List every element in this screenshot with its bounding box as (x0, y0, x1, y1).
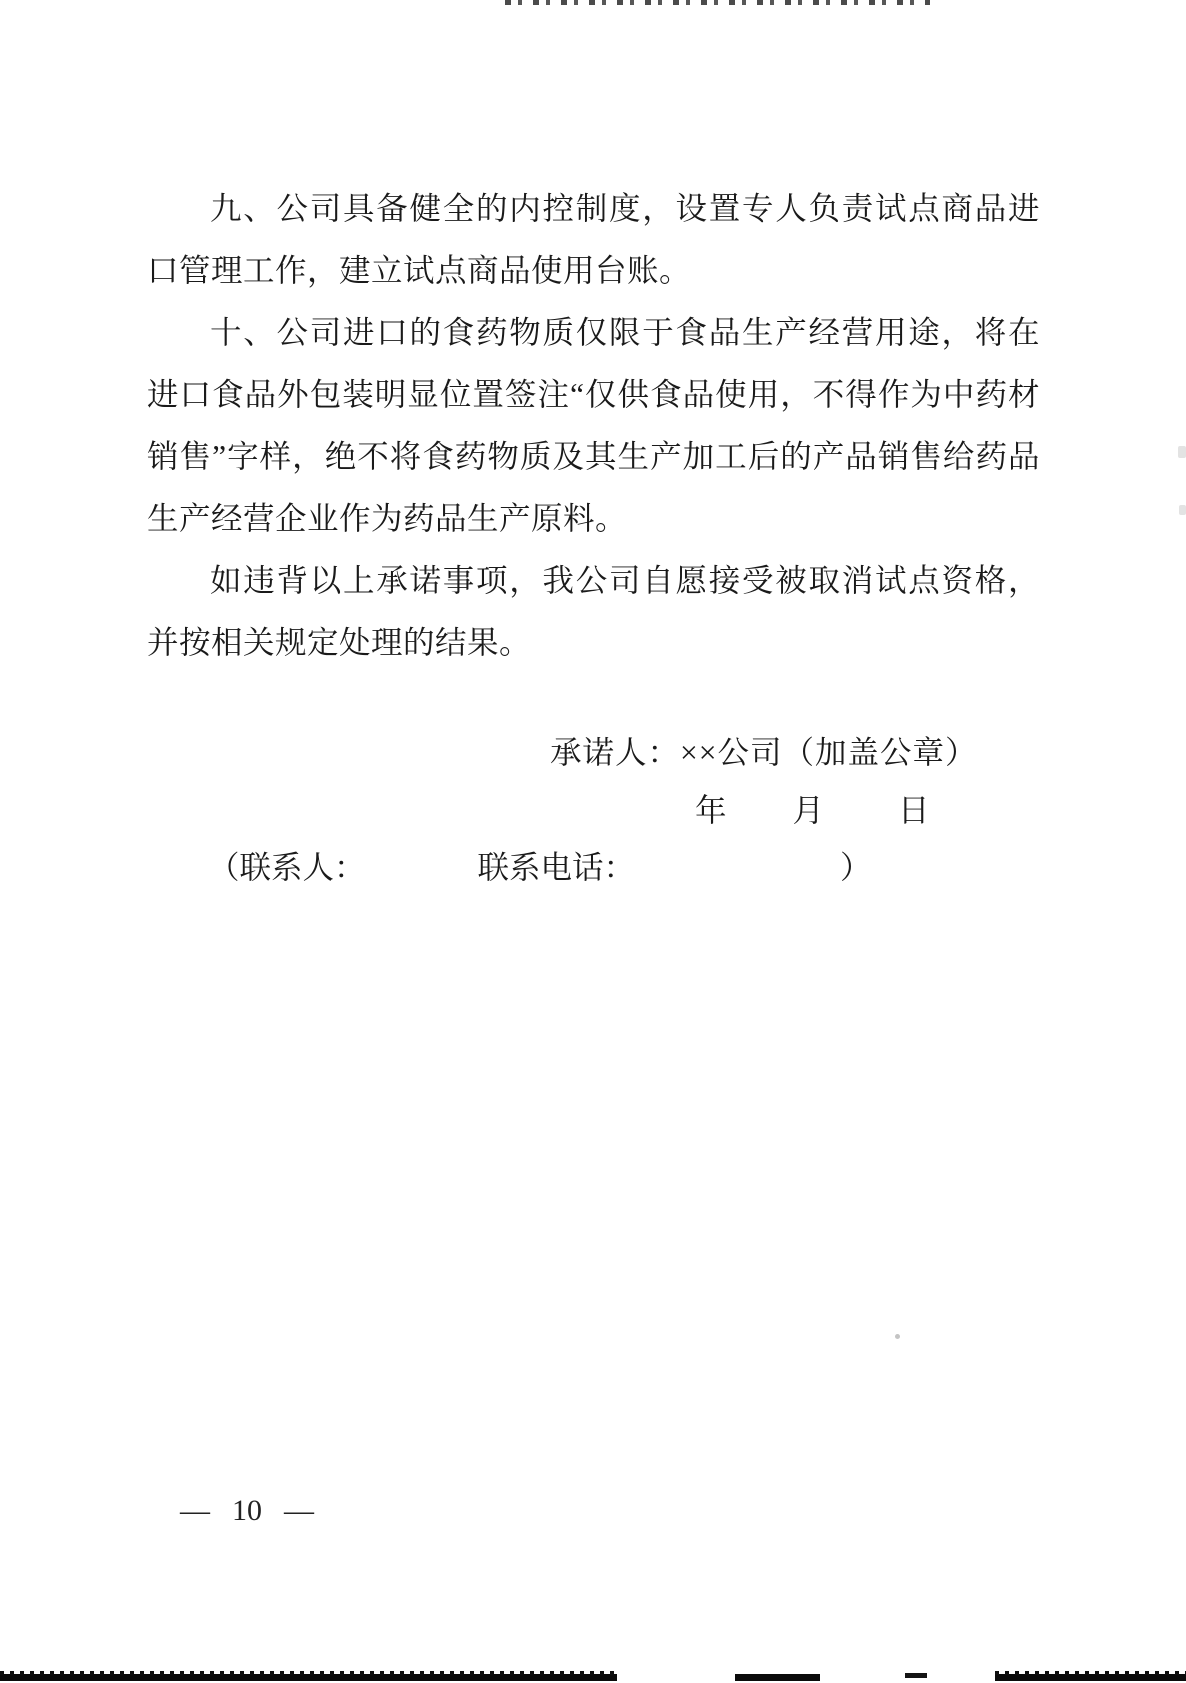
date-line: 年 月 日 (695, 791, 930, 831)
scan-artifact-bottom-edge (905, 1671, 927, 1678)
date-year-label: 年 (695, 791, 727, 831)
date-blank-space (727, 791, 793, 831)
page-number-value: 10 (232, 1493, 262, 1529)
clause-ten-paragraph: 十、公司进口的食药物质仅限于食品生产经营用途，将在进口食品外包装明显位置签注“仅… (147, 302, 1040, 550)
contact-line: （联系人： 联系电话： ） (208, 848, 872, 888)
contact-phone-blank (635, 848, 840, 888)
scan-artifact-right-edge (1178, 446, 1186, 458)
document-body: 九、公司具备健全的内控制度，设置专人负责试点商品进口管理工作，建立试点商品使用台… (147, 178, 1040, 674)
closing-paren: ） (840, 848, 872, 888)
contact-phone-label: 联系电话： (478, 848, 636, 888)
date-blank-space (824, 791, 898, 831)
scan-artifact-right-edge (1179, 505, 1186, 515)
contact-person-blank (366, 848, 478, 888)
date-day-label: 日 (898, 791, 930, 831)
clause-nine-paragraph: 九、公司具备健全的内控制度，设置专人负责试点商品进口管理工作，建立试点商品使用台… (147, 178, 1040, 302)
scan-artifact-bottom-edge (995, 1671, 1186, 1681)
scanned-document-page: 九、公司具备健全的内控制度，设置专人负责试点商品进口管理工作，建立试点商品使用台… (0, 0, 1186, 1683)
violation-clause-paragraph: 如违背以上承诺事项，我公司自愿接受被取消试点资格，并按相关规定处理的结果。 (147, 550, 1040, 674)
scan-artifact-bottom-edge (735, 1671, 820, 1681)
page-number-right-dash: — (284, 1493, 314, 1529)
contact-person-label: （联系人： (208, 848, 366, 888)
promiser-signature-line: 承诺人：××公司（加盖公章） (550, 733, 978, 773)
scan-speck (895, 1334, 900, 1339)
scan-artifact-bottom-edge (0, 1671, 617, 1681)
scan-artifact-top-edge (505, 0, 930, 5)
date-month-label: 月 (793, 791, 825, 831)
page-number-left-dash: — (180, 1493, 210, 1529)
page-number: — 10 — (180, 1493, 314, 1529)
